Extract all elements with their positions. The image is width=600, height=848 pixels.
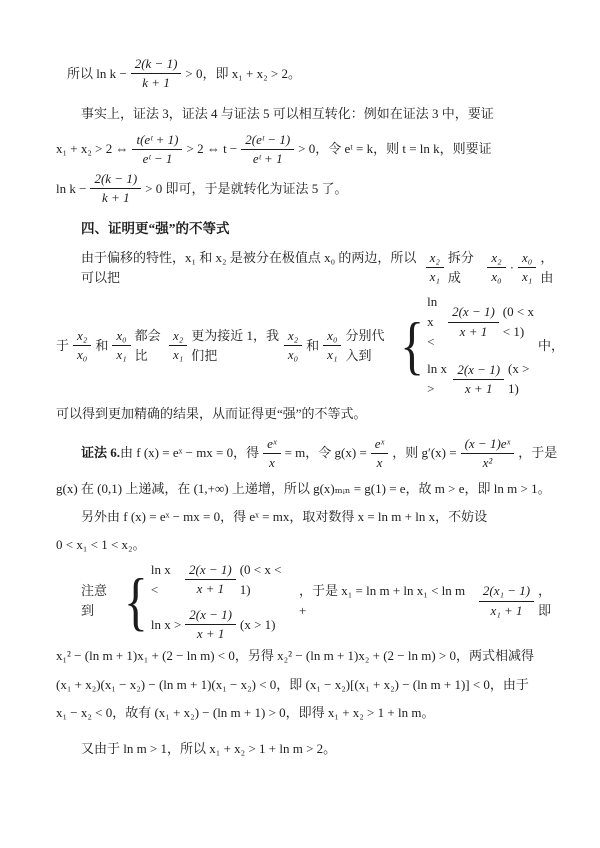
paragraph-line-14: (x₁ + x₂)(x₁ − x₂) − (ln m + 1)(x₁ − x₂)…: [56, 675, 564, 695]
text-run: x₁ + x₂ > 2 ⇔: [56, 139, 128, 159]
left-brace-symbol: {: [124, 572, 148, 631]
fraction: eˣ x: [371, 436, 388, 472]
fraction-denominator: x₁: [112, 346, 130, 363]
fraction-numerator: x₀: [518, 250, 536, 268]
text-run: 注意到: [81, 581, 120, 621]
cases-row-2: ln x > 2(x − 1) x + 1 (x > 1): [151, 607, 295, 643]
fraction-numerator: 2(x − 1): [453, 362, 504, 380]
fraction: x₂ x₀: [73, 328, 91, 364]
fraction-denominator: x₁: [426, 268, 444, 285]
text-run: 所以 ln k −: [67, 64, 127, 84]
paragraph-line-10: 另外由 f (x) = eˣ − mx = 0，得 eˣ = mx，取对数得 x…: [56, 507, 564, 527]
fraction-denominator: x + 1: [456, 323, 492, 340]
fraction: x₀ x₁: [112, 328, 130, 364]
fraction-denominator: x₁: [323, 346, 341, 363]
text-run: ，于是 x₁ = ln m + ln x₁ < ln m +: [299, 581, 475, 621]
left-brace-symbol: {: [400, 316, 424, 375]
fraction-denominator: eᵗ − 1: [139, 150, 177, 167]
fraction-numerator: 2(eᵗ − 1): [241, 132, 294, 150]
fraction-denominator: x: [373, 454, 387, 471]
text-run: ln x >: [151, 615, 181, 635]
fraction-numerator: x₂: [487, 250, 505, 268]
text-run: = m，令 g(x) =: [285, 443, 367, 463]
text-run: g(x) 在 (0,1) 上递减，在 (1,+∞) 上递增，所以 g(x)ₘᵢₙ…: [56, 479, 551, 499]
paragraph-line-6: 于 x₂ x₀ 和 x₀ x₁ 都会比 x₂ x₁ 更为接近 1，我们把 x₂ …: [56, 292, 564, 400]
text-run: 0 < x₁ < 1 < x₂。: [56, 535, 146, 555]
fraction-denominator: x + 1: [193, 580, 229, 597]
fraction: x₂ x₀: [284, 328, 302, 364]
fraction: (x − 1)eˣ x²: [461, 436, 515, 472]
fraction: 2(x₁ − 1) x₁ + 1: [479, 583, 534, 619]
fraction-numerator: x₂: [284, 328, 302, 346]
text-run: ，由: [540, 248, 564, 288]
fraction-denominator: x₁: [169, 346, 187, 363]
fraction-denominator: x₀: [284, 346, 302, 363]
fraction-numerator: 2(k − 1): [90, 171, 141, 189]
paragraph-line-13: x₁² − (ln m + 1)x₁ + (2 − ln m) < 0，另得 x…: [56, 646, 564, 666]
fraction-denominator: k + 1: [138, 74, 174, 91]
fraction-numerator: eˣ: [371, 436, 388, 454]
fraction-numerator: 2(x − 1): [448, 304, 499, 322]
text-run: 中，: [538, 336, 564, 356]
fraction: 2(k − 1) k + 1: [131, 56, 182, 92]
fraction-numerator: eˣ: [263, 436, 280, 454]
fraction-denominator: x₁: [518, 268, 536, 285]
text-run: ln x <: [151, 560, 181, 600]
paragraph-line-2: 事实上，证法 3，证法 4 与证法 5 可以相互转化：例如在证法 3 中，要证: [56, 104, 564, 124]
text-run: 和: [95, 336, 108, 356]
fraction: 2(x − 1) x + 1: [448, 304, 499, 340]
fraction: x₂ x₁: [169, 328, 187, 364]
fraction-denominator: x₀: [487, 268, 505, 285]
fraction-numerator: x₀: [112, 328, 130, 346]
fraction: 2(x − 1) x + 1: [185, 562, 236, 598]
paragraph-line-5: 由于偏移的特性，x₁ 和 x₂ 是被分在极值点 x₀ 的两边，所以可以把 x₂ …: [56, 248, 564, 288]
paragraph-line-16: 又由于 ln m > 1，所以 x₁ + x₂ > 1 + ln m > 2。: [56, 739, 564, 759]
fraction: 2(eᵗ − 1) eᵗ + 1: [241, 132, 294, 168]
proof-label: 证法 6.: [81, 443, 120, 463]
text-run: ，则 g′(x) =: [392, 443, 456, 463]
paragraph-line-3: x₁ + x₂ > 2 ⇔ t(eᵗ + 1) eᵗ − 1 > 2 ⇔ t −…: [56, 132, 564, 168]
text-run: 更为接近 1，我们把: [191, 326, 280, 366]
fraction-denominator: x: [265, 454, 279, 471]
fraction-numerator: t(eᵗ + 1): [132, 132, 182, 150]
paragraph-line-7: 可以得到更加精确的结果，从而证得更“强”的不等式。: [56, 404, 564, 424]
fraction-numerator: 2(x − 1): [185, 607, 236, 625]
paragraph-line-12: 注意到 { ln x < 2(x − 1) x + 1 (0 < x < 1) …: [56, 560, 564, 643]
paragraph-line-9: g(x) 在 (0,1) 上递减，在 (1,+∞) 上递增，所以 g(x)ₘᵢₙ…: [56, 479, 564, 499]
section-heading-text: 四、证明更“强”的不等式: [81, 219, 230, 240]
text-run: 于: [56, 336, 69, 356]
paragraph-line-15: x₁ − x₂ < 0，故有 (x₁ + x₂) − (ln m + 1) > …: [56, 703, 564, 723]
condition-text: (0 < x < 1): [240, 560, 295, 600]
fraction-numerator: x₂: [169, 328, 187, 346]
fraction-numerator: (x − 1)eˣ: [461, 436, 515, 454]
fraction: x₂ x₁: [426, 250, 444, 286]
condition-text: (x > 1): [240, 615, 276, 635]
fraction: t(eᵗ + 1) eᵗ − 1: [132, 132, 182, 168]
fraction: eˣ x: [263, 436, 280, 472]
text-run: (x₁ + x₂)(x₁ − x₂) − (ln m + 1)(x₁ − x₂)…: [56, 675, 529, 695]
fraction: 2(x − 1) x + 1: [185, 607, 236, 643]
condition-text: (x > 1): [508, 359, 534, 399]
text-run: 和: [306, 336, 319, 356]
text-run: x₁² − (ln m + 1)x₁ + (2 − ln m) < 0，另得 x…: [56, 646, 534, 666]
text-run: x₁ − x₂ < 0，故有 (x₁ + x₂) − (ln m + 1) > …: [56, 703, 434, 723]
text-run: 都会比: [135, 326, 165, 366]
text-run: ，即: [538, 581, 564, 621]
cases-column: ln x < 2(x − 1) x + 1 (0 < x < 1) ln x >…: [427, 292, 534, 400]
fraction-denominator: x + 1: [461, 380, 497, 397]
fraction: x₂ x₀: [487, 250, 505, 286]
paragraph-line-1: 所以 ln k − 2(k − 1) k + 1 > 0，即 x₁ + x₂ >…: [56, 56, 564, 92]
fraction-denominator: x₀: [73, 346, 91, 363]
fraction-numerator: x₀: [323, 328, 341, 346]
fraction-denominator: eᵗ + 1: [249, 150, 287, 167]
fraction-numerator: 2(k − 1): [131, 56, 182, 74]
cases-row-1: ln x < 2(x − 1) x + 1 (0 < x < 1): [427, 292, 534, 352]
text-run: ln x >: [427, 359, 449, 399]
text-run: 事实上，证法 3，证法 4 与证法 5 可以相互转化：例如在证法 3 中，要证: [81, 104, 494, 124]
fraction-numerator: x₂: [73, 328, 91, 346]
text-run: > 0，令 eᵗ = k，则 t = ln k，则要证: [298, 139, 491, 159]
fraction: 2(x − 1) x + 1: [453, 362, 504, 398]
text-run: > 0，即 x₁ + x₂ > 2。: [185, 64, 301, 84]
text-run: ln x <: [427, 292, 444, 352]
fraction: x₀ x₁: [323, 328, 341, 364]
fraction-numerator: 2(x − 1): [185, 562, 236, 580]
condition-text: (0 < x < 1): [503, 302, 534, 342]
fraction: x₀ x₁: [518, 250, 536, 286]
fraction: 2(k − 1) k + 1: [90, 171, 141, 207]
text-run: 可以得到更加精确的结果，从而证得更“强”的不等式。: [56, 404, 367, 424]
text-run: 由于偏移的特性，x₁ 和 x₂ 是被分在极值点 x₀ 的两边，所以可以把: [81, 248, 422, 288]
paragraph-line-4: ln k − 2(k − 1) k + 1 > 0 即可，于是就转化为证法 5 …: [56, 171, 564, 207]
fraction-denominator: k + 1: [98, 189, 134, 206]
cases-row-1: ln x < 2(x − 1) x + 1 (0 < x < 1): [151, 560, 295, 600]
multiplication-dot: ·: [510, 258, 514, 278]
piecewise-cases: { ln x < 2(x − 1) x + 1 (0 < x < 1) ln x…: [124, 560, 295, 643]
fraction-denominator: x₁ + 1: [486, 602, 526, 619]
document-page: 所以 ln k − 2(k − 1) k + 1 > 0，即 x₁ + x₂ >…: [0, 0, 600, 848]
section-heading: 四、证明更“强”的不等式: [56, 219, 564, 240]
fraction-numerator: x₂: [426, 250, 444, 268]
text-run: 拆分成: [448, 248, 484, 288]
fraction-denominator: x + 1: [193, 625, 229, 642]
cases-row-2: ln x > 2(x − 1) x + 1 (x > 1): [427, 359, 534, 399]
paragraph-line-8: 证法 6. 由 f (x) = eˣ − mx = 0，得 eˣ x = m，令…: [56, 436, 564, 472]
text-run: 另外由 f (x) = eˣ − mx = 0，得 eˣ = mx，取对数得 x…: [81, 507, 487, 527]
piecewise-cases: { ln x < 2(x − 1) x + 1 (0 < x < 1) ln x…: [400, 292, 534, 400]
text-run: > 0 即可，于是就转化为证法 5 了。: [145, 179, 347, 199]
text-run: 分别代入到: [345, 326, 396, 366]
fraction-denominator: x²: [479, 454, 497, 471]
fraction-numerator: 2(x₁ − 1): [479, 583, 534, 601]
text-run: 又由于 ln m > 1，所以 x₁ + x₂ > 1 + ln m > 2。: [81, 739, 336, 759]
text-run: > 2 ⇔ t −: [186, 139, 237, 159]
paragraph-line-11: 0 < x₁ < 1 < x₂。: [56, 535, 564, 555]
text-run: 由 f (x) = eˣ − mx = 0，得: [120, 443, 259, 463]
cases-column: ln x < 2(x − 1) x + 1 (0 < x < 1) ln x >…: [151, 560, 295, 643]
text-run: ，于是: [518, 443, 557, 463]
text-run: ln k −: [56, 179, 86, 199]
